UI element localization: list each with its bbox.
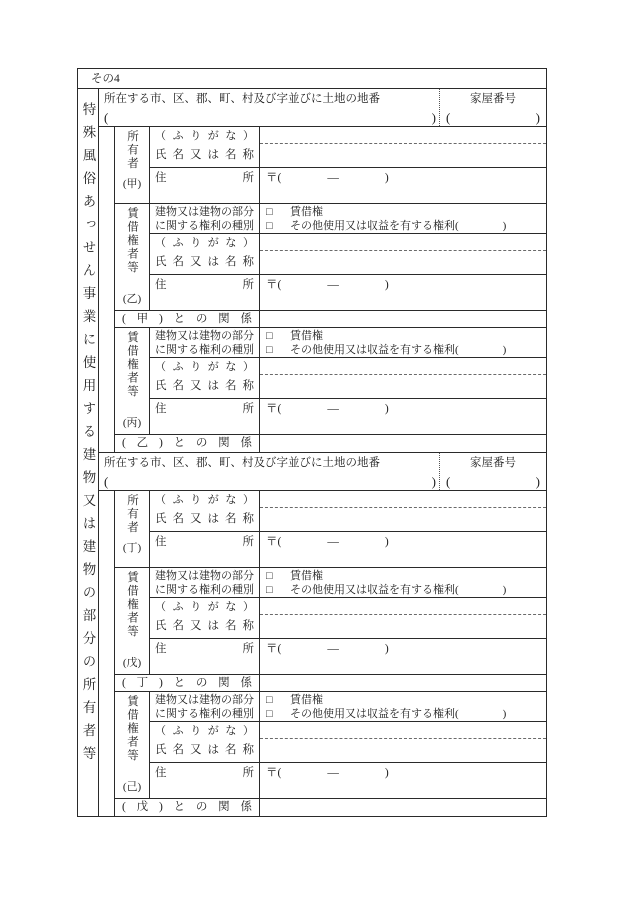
role-cell: 賃借権者等 (戊)	[115, 568, 150, 675]
option-lease-right: □ 賃借権	[266, 205, 546, 219]
name-field-label: （ふりがな） 氏名又は名称	[150, 491, 260, 532]
name-field-label: （ふりがな） 氏名又は名称	[150, 234, 260, 275]
relation-label: (丁)との関係	[115, 675, 260, 692]
name-label: 氏名又は名称	[155, 508, 254, 526]
close-bracket: )	[536, 110, 540, 125]
house-number-cell[interactable]: 家屋番号 ( )	[439, 453, 546, 490]
other-right-label: その他使用又は収益を有する権利( )	[290, 707, 506, 721]
right-type-label: 建物又は建物の部分に関する権利の種別	[150, 692, 260, 722]
relation-input[interactable]	[260, 311, 546, 328]
role-cell: 賃借権者等 (己)	[115, 692, 150, 799]
option-other-right: □ その他使用又は収益を有する権利( )	[266, 707, 546, 721]
address-label: 住所	[150, 639, 260, 675]
party-label: (乙)	[123, 293, 141, 310]
option-lease-right: □ 賃借権	[266, 329, 546, 343]
address-input[interactable]: 〒( — )	[260, 763, 546, 799]
name-input[interactable]	[260, 234, 546, 275]
furigana-input[interactable]	[260, 722, 546, 739]
option-other-right: □ その他使用又は収益を有する権利( )	[266, 219, 546, 233]
role-label: 賃借権者等	[123, 204, 141, 275]
role-cell: 賃借権者等 (丙)	[115, 328, 150, 435]
sheet-label: その4	[77, 68, 547, 88]
name-input[interactable]	[260, 598, 546, 639]
name-field-label: （ふりがな） 氏名又は名称	[150, 127, 260, 168]
right-type-label: 建物又は建物の部分に関する権利の種別	[150, 328, 260, 358]
open-bracket: (	[104, 110, 108, 125]
right-type-options: □ 賃借権 □ その他使用又は収益を有する権利( )	[260, 692, 546, 722]
section-lessee-bo: 賃借権者等 (戊) 建物又は建物の部分に関する権利の種別 □ 賃借権	[115, 568, 546, 692]
relation-label: (乙)との関係	[115, 435, 260, 452]
furigana-input[interactable]	[260, 127, 546, 144]
open-bracket: (	[104, 474, 108, 489]
party-label: (甲)	[123, 178, 141, 203]
role-label: 賃借権者等	[123, 692, 141, 763]
role-label: 賃借権者等	[123, 328, 141, 399]
section-owner-tei: 所有者 (丁) （ふりがな） 氏名又は名称 住所	[115, 491, 546, 568]
checkbox-other-right[interactable]: □	[266, 219, 290, 233]
party-label: (丁)	[123, 542, 141, 567]
option-lease-right: □ 賃借権	[266, 693, 546, 707]
role-cell: 賃借権者等 (乙)	[115, 204, 150, 311]
section-lessee-ki: 賃借権者等 (己) 建物又は建物の部分に関する権利の種別 □ 賃借権	[115, 692, 546, 816]
party-label: (己)	[123, 781, 141, 798]
location-label: 所在する市、区、郡、町、村及び字並びに土地の地番	[104, 92, 436, 106]
location-cell[interactable]: 所在する市、区、郡、町、村及び字並びに土地の地番 ( )	[99, 89, 439, 126]
right-type-label: 建物又は建物の部分に関する権利の種別	[150, 204, 260, 234]
name-field-label: （ふりがな） 氏名又は名称	[150, 358, 260, 399]
postal-mark-template: 〒( — )	[266, 279, 389, 291]
right-type-options: □ 賃借権 □ その他使用又は収益を有する権利( )	[260, 204, 546, 234]
name-field-label: （ふりがな） 氏名又は名称	[150, 722, 260, 763]
section-owner-kou: 所有者 (甲) （ふりがな） 氏名又は名称 住所	[115, 127, 546, 204]
other-right-label: その他使用又は収益を有する権利( )	[290, 219, 506, 233]
address-label: 住所	[150, 275, 260, 311]
name-input[interactable]	[260, 127, 546, 168]
ownership-form: その4 特殊風俗あっせん事業に使用する建物又は建物の部分の所有者等 所在する市、…	[77, 68, 547, 817]
checkbox-other-right[interactable]: □	[266, 343, 290, 357]
postal-mark-template: 〒( — )	[266, 403, 389, 415]
relation-input[interactable]	[260, 799, 546, 816]
relation-label: (甲)との関係	[115, 311, 260, 328]
open-bracket: (	[446, 474, 450, 489]
relation-input[interactable]	[260, 435, 546, 452]
relation-label: (戊)との関係	[115, 799, 260, 816]
right-type-label: 建物又は建物の部分に関する権利の種別	[150, 568, 260, 598]
section-lessee-hei: 賃借権者等 (丙) 建物又は建物の部分に関する権利の種別 □ 賃借権	[115, 328, 546, 452]
form-sidebar: 特殊風俗あっせん事業に使用する建物又は建物の部分の所有者等	[78, 89, 99, 816]
address-input[interactable]: 〒( — )	[260, 168, 546, 204]
name-input[interactable]	[260, 491, 546, 532]
checkbox-other-right[interactable]: □	[266, 583, 290, 597]
party-label: (丙)	[123, 417, 141, 434]
postal-mark-template: 〒( — )	[266, 767, 389, 779]
option-lease-right: □ 賃借権	[266, 569, 546, 583]
address-input[interactable]: 〒( — )	[260, 639, 546, 675]
location-block-1: 所在する市、区、郡、町、村及び字並びに土地の地番 ( ) 家屋番号 ( )	[99, 89, 546, 452]
postal-mark-template: 〒( — )	[266, 643, 389, 655]
form-body: 特殊風俗あっせん事業に使用する建物又は建物の部分の所有者等 所在する市、区、郡、…	[77, 88, 547, 817]
role-cell: 所有者 (甲)	[115, 127, 150, 204]
furigana-label: （ふりがな）	[155, 491, 254, 508]
checkbox-lease-right[interactable]: □	[266, 569, 290, 583]
location-row: 所在する市、区、郡、町、村及び字並びに土地の地番 ( ) 家屋番号 ( )	[99, 453, 546, 491]
name-label: 氏名又は名称	[155, 144, 254, 162]
address-input[interactable]: 〒( — )	[260, 275, 546, 311]
furigana-input[interactable]	[260, 358, 546, 375]
address-label: 住所	[150, 532, 260, 568]
address-input[interactable]: 〒( — )	[260, 399, 546, 435]
option-other-right: □ その他使用又は収益を有する権利( )	[266, 343, 546, 357]
name-field-label: （ふりがな） 氏名又は名称	[150, 598, 260, 639]
section-lessee-otsu: 賃借権者等 (乙) 建物又は建物の部分に関する権利の種別 □ 賃借権	[115, 204, 546, 328]
form-page: その4 特殊風俗あっせん事業に使用する建物又は建物の部分の所有者等 所在する市、…	[0, 0, 630, 903]
parties-subtable: 所有者 (甲) （ふりがな） 氏名又は名称 住所	[114, 127, 546, 452]
close-bracket: )	[432, 110, 436, 125]
role-cell: 所有者 (丁)	[115, 491, 150, 568]
furigana-input[interactable]	[260, 491, 546, 508]
house-number-input-line[interactable]: ( )	[446, 474, 540, 489]
house-number-cell[interactable]: 家屋番号 ( )	[439, 89, 546, 126]
checkbox-other-right[interactable]: □	[266, 707, 290, 721]
name-label: 氏名又は名称	[155, 375, 254, 393]
party-label: (戊)	[123, 657, 141, 674]
open-bracket: (	[446, 110, 450, 125]
address-input[interactable]: 〒( — )	[260, 532, 546, 568]
parties-subtable: 所有者 (丁) （ふりがな） 氏名又は名称 住所	[114, 491, 546, 816]
location-block-2: 所在する市、区、郡、町、村及び字並びに土地の地番 ( ) 家屋番号 ( )	[99, 452, 546, 816]
role-label: 所有者	[123, 127, 141, 171]
furigana-label: （ふりがな）	[155, 598, 254, 615]
house-number-input-line[interactable]: ( )	[446, 110, 540, 125]
location-input-line[interactable]: ( )	[104, 474, 436, 489]
address-label: 住所	[150, 168, 260, 204]
address-label: 住所	[150, 763, 260, 799]
location-row: 所在する市、区、郡、町、村及び字並びに土地の地番 ( ) 家屋番号 ( )	[99, 89, 546, 127]
location-cell[interactable]: 所在する市、区、郡、町、村及び字並びに土地の地番 ( )	[99, 453, 439, 490]
relation-input[interactable]	[260, 675, 546, 692]
name-input[interactable]	[260, 722, 546, 763]
location-label: 所在する市、区、郡、町、村及び字並びに土地の地番	[104, 456, 436, 470]
furigana-label: （ふりがな）	[155, 358, 254, 375]
furigana-label: （ふりがな）	[155, 234, 254, 251]
right-type-options: □ 賃借権 □ その他使用又は収益を有する権利( )	[260, 568, 546, 598]
house-number-label: 家屋番号	[446, 92, 540, 106]
checkbox-lease-right[interactable]: □	[266, 205, 290, 219]
furigana-input[interactable]	[260, 598, 546, 615]
address-label: 住所	[150, 399, 260, 435]
close-bracket: )	[536, 474, 540, 489]
lease-right-label: 賃借権	[290, 693, 323, 707]
name-label: 氏名又は名称	[155, 739, 254, 757]
postal-mark-template: 〒( — )	[266, 536, 389, 548]
lease-right-label: 賃借権	[290, 205, 323, 219]
other-right-label: その他使用又は収益を有する権利( )	[290, 583, 506, 597]
name-label: 氏名又は名称	[155, 615, 254, 633]
option-other-right: □ その他使用又は収益を有する権利( )	[266, 583, 546, 597]
furigana-input[interactable]	[260, 234, 546, 251]
location-input-line[interactable]: ( )	[104, 110, 436, 125]
lease-right-label: 賃借権	[290, 329, 323, 343]
other-right-label: その他使用又は収益を有する権利( )	[290, 343, 506, 357]
house-number-label: 家屋番号	[446, 456, 540, 470]
postal-mark-template: 〒( — )	[266, 172, 389, 184]
furigana-label: （ふりがな）	[155, 722, 254, 739]
checkbox-lease-right[interactable]: □	[266, 693, 290, 707]
role-label: 所有者	[123, 491, 141, 535]
name-label: 氏名又は名称	[155, 251, 254, 269]
checkbox-lease-right[interactable]: □	[266, 329, 290, 343]
lease-right-label: 賃借権	[290, 569, 323, 583]
close-bracket: )	[432, 474, 436, 489]
name-input[interactable]	[260, 358, 546, 399]
sidebar-vertical-label: 特殊風俗あっせん事業に使用する建物又は建物の部分の所有者等	[79, 102, 98, 816]
role-label: 賃借権者等	[123, 568, 141, 639]
form-main: 所在する市、区、郡、町、村及び字並びに土地の地番 ( ) 家屋番号 ( )	[99, 89, 546, 816]
furigana-label: （ふりがな）	[155, 127, 254, 144]
right-type-options: □ 賃借権 □ その他使用又は収益を有する権利( )	[260, 328, 546, 358]
